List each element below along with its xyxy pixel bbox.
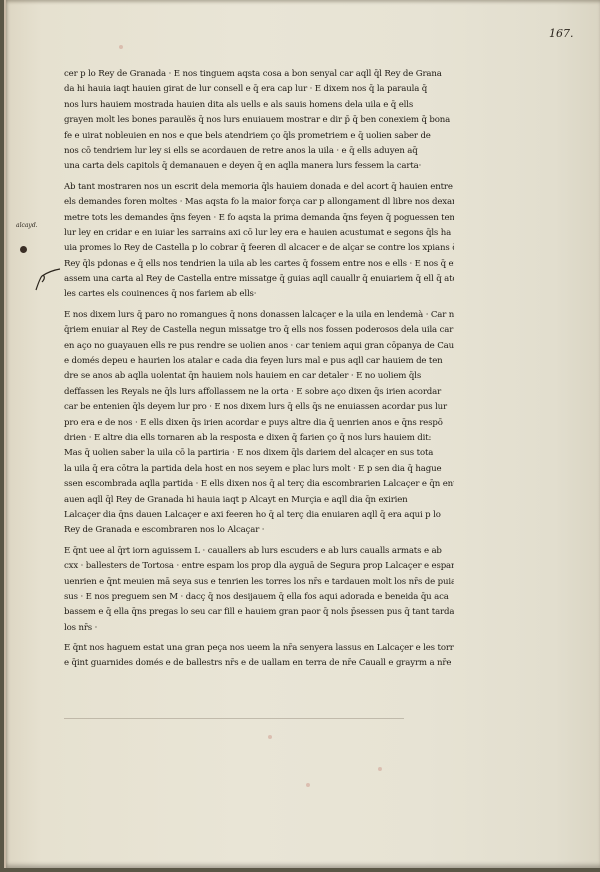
text-line: assem una carta al Rey de Castella entre…	[64, 272, 454, 287]
text-line: bassem e q̄ ella q̄ns pregas lo seu car …	[64, 605, 454, 620]
text-line: E q̄nt nos haguem estat una gran peça no…	[64, 641, 454, 656]
text-line: Lalcaçer dia q̄ns dauen Lalcaçer e axi f…	[64, 508, 454, 523]
text-line: los nr̄s ·	[64, 621, 454, 636]
text-line: car be entenien q̄ls deyem lur pro · E n…	[64, 400, 454, 415]
paragraph-4: E q̄nt uee al q̄rt iorn aguissem L · cau…	[64, 544, 454, 636]
text-line: E nos dixem lurs q̄ paro no romangues q̄…	[64, 308, 454, 323]
text-line: metre tots les demandes q̄ns feyen · E f…	[64, 211, 454, 226]
stain-mark	[306, 783, 310, 787]
text-line: grayen molt les bones paraulẽs q̄ nos lu…	[64, 113, 454, 128]
text-line: uenrien e q̄nt meuien mā seya sus e tenr…	[64, 575, 454, 590]
text-line: una carta dels capitols q̄ demanauen e d…	[64, 159, 454, 174]
text-line: pro era e de nos · E ells dixen q̄s irie…	[64, 416, 454, 431]
text-line: q̄riem enuiar al Rey de Castella negun m…	[64, 323, 454, 338]
text-line: nos lurs hauiem mostrada hauien dita als…	[64, 98, 454, 113]
text-line: cxx · ballesters de Tortosa · entre espa…	[64, 559, 454, 574]
text-line: e domés depeu e haurien los atalar e cad…	[64, 354, 454, 369]
text-line: la uila q̄ era cōtra la partida dela hos…	[64, 462, 454, 477]
text-line: uia promes lo Rey de Castella p lo cobra…	[64, 241, 454, 256]
manuscript-page: 167. alcayd. cer p lo Rey de Granada · E…	[4, 0, 600, 868]
text-line: Rey q̄ls pdonas e q̄ ells nos tendrien l…	[64, 257, 454, 272]
stain-mark	[119, 45, 123, 49]
ink-blot	[20, 246, 27, 253]
text-line: els demandes foren moltes · Mas aqsta fo…	[64, 195, 454, 210]
paragraph-1: cer p lo Rey de Granada · E nos tinguem …	[64, 67, 454, 175]
stain-mark	[378, 767, 382, 771]
folio-number: 167.	[549, 27, 574, 40]
text-line: auen aqll q̄l Rey de Granada hi hauia ia…	[64, 493, 454, 508]
paragraph-5: E q̄nt nos haguem estat una gran peça no…	[64, 641, 454, 672]
paragraph-3: E nos dixem lurs q̄ paro no romangues q̄…	[64, 308, 454, 539]
text-line: en aço no guayauen ells re pus rendre se…	[64, 339, 454, 354]
text-line: Mas q̄ uolien saber la uila cō la partir…	[64, 446, 454, 461]
ruling-line	[64, 718, 404, 719]
text-line: nos cō tendriem lur ley si ells se acord…	[64, 144, 454, 159]
text-line: drien · E altre dia ells tornaren ab la …	[64, 431, 454, 446]
manuscript-text: cer p lo Rey de Granada · E nos tinguem …	[64, 67, 454, 677]
text-line: sus · E nos preguem sen M · dacç q̄ nos …	[64, 590, 454, 605]
text-line: e q̄int guarnides domés e de ballestrs n…	[64, 656, 454, 671]
text-line: Ab tant mostraren nos un escrit dela mem…	[64, 180, 454, 195]
text-line: Rey de Granada e escombraren nos lo Alca…	[64, 523, 454, 538]
margin-note: alcayd.	[16, 222, 38, 229]
text-line: E q̄nt uee al q̄rt iorn aguissem L · cau…	[64, 544, 454, 559]
text-line: da hi hauia iaqt hauien girat de lur con…	[64, 82, 454, 97]
paragraph-2: Ab tant mostraren nos un escrit dela mem…	[64, 180, 454, 303]
text-line: les cartes els couinences q̄ nos fariem …	[64, 287, 454, 302]
text-line: lur ley en cridar e en iuiar les sarrain…	[64, 226, 454, 241]
text-line: dre se anos ab aqlla uolentat q̄n hauiem…	[64, 369, 454, 384]
text-line: cer p lo Rey de Granada · E nos tinguem …	[64, 67, 454, 82]
stain-mark	[268, 735, 272, 739]
text-line: deffassen les Reyals ne q̄ls lurs affoll…	[64, 385, 454, 400]
pen-mark-icon	[32, 266, 62, 294]
text-line: ssen escombrada aqlla partida · E ells d…	[64, 477, 454, 492]
text-line: fe e uirat nobleuien en nos e que bels a…	[64, 129, 454, 144]
